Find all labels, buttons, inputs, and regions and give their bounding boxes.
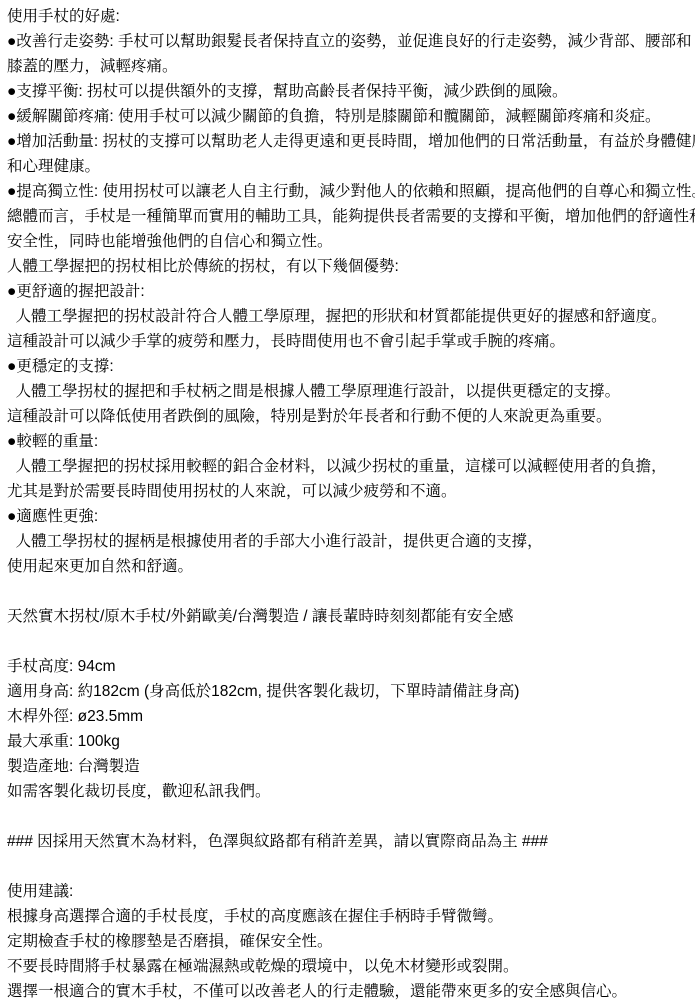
bullet-line: ●改善行走姿勢: 手杖可以幫助銀髮長者保持直立的姿勢，並促進良好的行走姿勢，減少… xyxy=(7,29,695,54)
bullet-line: ●更穩定的支撐: xyxy=(7,354,695,379)
text-line: 不要長時間將手杖暴露在極端濕熱或乾燥的環境中，以免木材變形或裂開。 xyxy=(7,954,695,979)
text-line: 根據身高選擇合適的手杖長度，手杖的高度應該在握住手柄時手臂微彎。 xyxy=(7,904,695,929)
text-line: 使用起來更加自然和舒適。 xyxy=(7,554,695,579)
text-line: 這種設計可以減少手掌的疲勞和壓力，長時間使用也不會引起手掌或手腕的疼痛。 xyxy=(7,329,695,354)
text-line: 安全性，同時也能增強他們的自信心和獨立性。 xyxy=(7,229,695,254)
specs-section: 手杖高度: 94cm 適用身高: 約182cm (身高低於182cm, 提供客製… xyxy=(7,654,695,804)
benefits-section: 使用手杖的好處: ●改善行走姿勢: 手杖可以幫助銀髮長者保持直立的姿勢，並促進良… xyxy=(7,4,695,579)
text-line: 和心理健康。 xyxy=(7,154,695,179)
indented-line: 人體工學握把的拐杖設計符合人體工學原理，握把的形狀和材質都能提供更好的握感和舒適… xyxy=(7,304,695,329)
bullet-line: ●提高獨立性: 使用拐杖可以讓老人自主行動，減少對他人的依賴和照顧，提高他們的自… xyxy=(7,179,695,204)
product-title-section: 天然實木拐杖/原木手杖/外銷歐美/台灣製造 / 讓長輩時時刻刻都能有安全感 xyxy=(7,604,695,629)
spec-pole-diameter: 木桿外徑: ø23.5mm xyxy=(7,704,695,729)
notice-section: ### 因採用天然實木為材料，色澤與紋路都有稍許差異，請以實際商品為主 ### xyxy=(7,829,695,854)
usage-section: 使用建議: 根據身高選擇合適的手杖長度，手杖的高度應該在握住手柄時手臂微彎。 定… xyxy=(7,879,695,1004)
spec-max-load: 最大承重: 100kg xyxy=(7,729,695,754)
section-title: 使用建議: xyxy=(7,879,695,904)
text-line: 人體工學握把的拐杖相比於傳統的拐杖，有以下幾個優勢: xyxy=(7,254,695,279)
indented-line: 人體工學拐杖的握柄是根據使用者的手部大小進行設計，提供更合適的支撐， xyxy=(7,529,695,554)
text-line: 總體而言，手杖是一種簡單而實用的輔助工具，能夠提供長者需要的支撐和平衡，增加他們… xyxy=(7,204,695,229)
spec-origin: 製造產地: 台灣製造 xyxy=(7,754,695,779)
bullet-line: ●增加活動量: 拐杖的支撐可以幫助老人走得更遠和更長時間，增加他們的日常活動量，… xyxy=(7,129,695,154)
bullet-line: ●更舒適的握把設計: xyxy=(7,279,695,304)
text-line: 這種設計可以降低使用者跌倒的風險，特別是對於年長者和行動不便的人來說更為重要。 xyxy=(7,404,695,429)
bullet-line: ●較輕的重量: xyxy=(7,429,695,454)
spec-suitable-height: 適用身高: 約182cm (身高低於182cm, 提供客製化裁切，下單時請備註身… xyxy=(7,679,695,704)
indented-line: 人體工學握把的拐杖採用較輕的鋁合金材料，以減少拐杖的重量，這樣可以減輕使用者的負… xyxy=(7,454,695,479)
text-line: 膝蓋的壓力，減輕疼痛。 xyxy=(7,54,695,79)
bullet-line: ●支撐平衡: 拐杖可以提供額外的支撐，幫助高齡長者保持平衡，減少跌倒的風險。 xyxy=(7,79,695,104)
spec-cane-height: 手杖高度: 94cm xyxy=(7,654,695,679)
spec-custom-cut-note: 如需客製化裁切長度，歡迎私訊我們。 xyxy=(7,779,695,804)
bullet-line: ●適應性更強: xyxy=(7,504,695,529)
text-line: 定期檢查手杖的橡膠墊是否磨損，確保安全性。 xyxy=(7,929,695,954)
text-line: 尤其是對於需要長時間使用拐杖的人來說，可以減少疲勞和不適。 xyxy=(7,479,695,504)
indented-line: 人體工學拐杖的握把和手杖柄之間是根據人體工學原理進行設計，以提供更穩定的支撐。 xyxy=(7,379,695,404)
product-description-document: 使用手杖的好處: ●改善行走姿勢: 手杖可以幫助銀髮長者保持直立的姿勢，並促進良… xyxy=(0,0,700,1004)
product-title: 天然實木拐杖/原木手杖/外銷歐美/台灣製造 / 讓長輩時時刻刻都能有安全感 xyxy=(7,604,695,629)
section-title: 使用手杖的好處: xyxy=(7,4,695,29)
text-line: 選擇一根適合的實木手杖，不僅可以改善老人的行走體驗，還能帶來更多的安全感與信心。 xyxy=(7,979,695,1004)
bullet-line: ●緩解關節疼痛: 使用手杖可以減少關節的負擔，特別是膝關節和髖關節，減輕關節疼痛… xyxy=(7,104,695,129)
material-notice-line: ### 因採用天然實木為材料，色澤與紋路都有稍許差異，請以實際商品為主 ### xyxy=(7,829,695,854)
